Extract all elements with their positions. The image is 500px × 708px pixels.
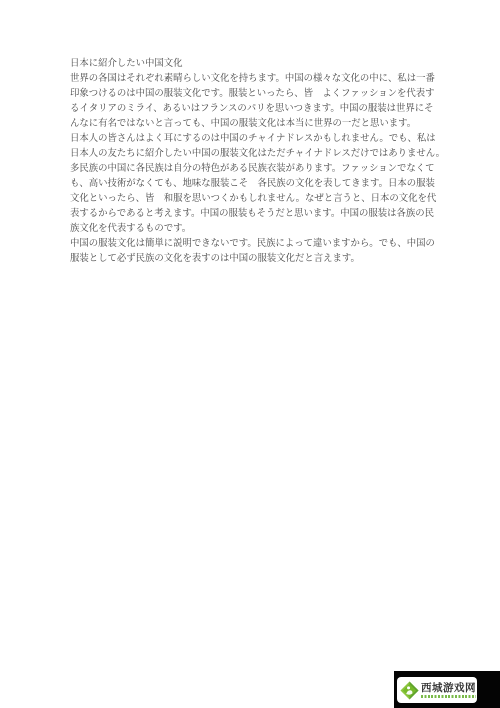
- watermark-tagline-bar: [421, 695, 476, 698]
- essay-line: 日本人の友たちに紹介したい中国の服装文化はただチャイナドレスだけではありません。: [70, 147, 448, 162]
- watermark-background: 西城游戏网: [394, 671, 500, 708]
- watermark-chip: 西城游戏网: [397, 677, 477, 703]
- essay-line: 族文化を代表するものです。: [70, 222, 448, 237]
- essay-line: 印象つけるのは中国の服装文化です。服装といったら、皆 よくファッションを代表す: [70, 87, 448, 102]
- essay-line: 中国の服装文化は簡単に説明できないです。民族によって違いますから。でも、中国の: [70, 237, 448, 252]
- watermark-logo-icon: [400, 681, 419, 700]
- document-page: 日本に紹介したい中国文化 世界の各国はそれぞれ素晴らしい文化を持ちます。中国の様…: [0, 0, 500, 708]
- essay-title: 日本に紹介したい中国文化: [70, 57, 448, 72]
- essay-line: 世界の各国はそれぞれ素晴らしい文化を持ちます。中国の様々な文化の中に、私は一番: [70, 72, 448, 87]
- watermark-text-column: 西城游戏网: [421, 682, 476, 699]
- essay-line: るイタリアのミライ、あるいはフランスのパリを思いつきます。中国の服装は世界にそ: [70, 102, 448, 117]
- essay-line: も、高い技術がなくても、地味な服装こそ 各民族の文化を表してきます。日本の服装: [70, 177, 448, 192]
- essay-line: んなに有名ではないと言っても、中国の服装文化は本当に世界の一だと思います。: [70, 117, 448, 132]
- watermark-site-name: 西城游戏网: [421, 682, 476, 694]
- essay-line: 多民族の中国に各民族は自分の特色がある民族衣装があります。ファッションでなくて: [70, 162, 448, 177]
- essay-text-block: 日本に紹介したい中国文化 世界の各国はそれぞれ素晴らしい文化を持ちます。中国の様…: [70, 57, 448, 267]
- essay-line: 表するからであると考えます。中国の服装もそうだと思います。中国の服装は各族の民: [70, 207, 448, 222]
- essay-line: 日本人の皆さんはよく耳にするのは中国のチャイナドレスかもしれません。でも、私は: [70, 132, 448, 147]
- essay-line: 文化といったら、皆 和服を思いつくかもしれません。なぜと言うと、日本の文化を代: [70, 192, 448, 207]
- essay-line: 服装として必ず民族の文化を表すのは中国の服装文化だと言えます。: [70, 252, 448, 267]
